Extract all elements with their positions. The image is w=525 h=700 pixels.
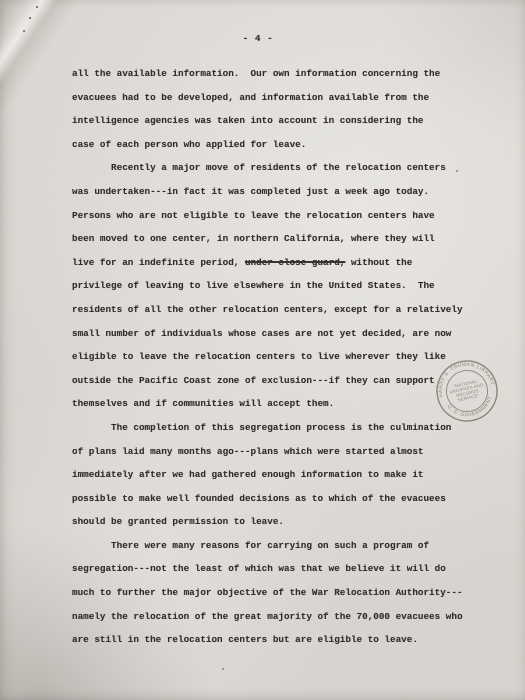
typed-text-segment: are still in the relocation centers but … xyxy=(72,634,418,645)
typed-text-segment: possible to make well founded decisions … xyxy=(72,493,446,504)
typed-line: themselves and if communities will accep… xyxy=(72,392,463,416)
typed-line: segregation---not the least of which was… xyxy=(72,557,463,581)
typed-text-segment: all the available information. Our own i… xyxy=(72,68,440,79)
paper-speck xyxy=(36,6,38,8)
typed-line: case of each person who applied for leav… xyxy=(72,133,463,157)
typed-text-segment: of plans laid many months ago---plans wh… xyxy=(72,446,423,457)
paper-speck xyxy=(29,17,31,19)
page-number: - 4 - xyxy=(0,33,516,44)
typed-text-segment: case of each person who applied for leav… xyxy=(72,139,306,150)
typed-line: of plans laid many months ago---plans wh… xyxy=(72,440,463,464)
paper-speck xyxy=(456,170,458,172)
typed-text-segment: should be granted permission to leave. xyxy=(72,516,284,527)
typed-line: small number of individuals whose cases … xyxy=(72,322,463,346)
typed-line: The completion of this segregation proce… xyxy=(72,416,463,440)
typed-line: eligible to leave the relocation centers… xyxy=(72,345,463,369)
typed-text-segment: much to further the major objective of t… xyxy=(72,587,463,598)
typed-line: are still in the relocation centers but … xyxy=(72,628,463,652)
typed-text-segment: residents of all the other relocation ce… xyxy=(72,304,463,315)
typed-text-segment: was undertaken---in fact it was complete… xyxy=(72,186,429,197)
typed-text-segment: There were many reasons for carrying on … xyxy=(72,540,429,551)
paper-speck xyxy=(222,668,224,670)
typed-text-segment: Recently a major move of residents of th… xyxy=(72,162,446,173)
typed-line: all the available information. Our own i… xyxy=(72,62,463,86)
typed-line: residents of all the other relocation ce… xyxy=(72,298,463,322)
typed-line: outside the Pacific Coast zone of exclus… xyxy=(72,369,463,393)
typed-line: was undertaken---in fact it was complete… xyxy=(72,180,463,204)
typed-line: much to further the major objective of t… xyxy=(72,581,463,605)
struck-out-text: under close guard, xyxy=(245,257,345,268)
typed-line: should be granted permission to leave. xyxy=(72,510,463,534)
paper-speck xyxy=(108,471,110,473)
typed-text-segment: eligible to leave the relocation centers… xyxy=(72,351,446,362)
typed-line: immediately after we had gathered enough… xyxy=(72,463,463,487)
typed-line: Persons who are not eligible to leave th… xyxy=(72,204,463,228)
typed-line: intelligence agencies was taken into acc… xyxy=(72,109,463,133)
typed-text-body: all the available information. Our own i… xyxy=(72,62,463,652)
typed-text-segment: outside the Pacific Coast zone of exclus… xyxy=(72,375,435,386)
typed-line: namely the relocation of the great major… xyxy=(72,605,463,629)
typed-text-segment: immediately after we had gathered enough… xyxy=(72,469,423,480)
typed-text-segment: namely the relocation of the great major… xyxy=(72,611,463,622)
typed-line: been moved to one center, in northern Ca… xyxy=(72,227,463,251)
typed-text-segment: The completion of this segregation proce… xyxy=(72,422,451,433)
typed-text-segment: themselves and if communities will accep… xyxy=(72,398,334,409)
typed-text-segment: without the xyxy=(345,257,412,268)
typed-text-segment: segregation---not the least of which was… xyxy=(72,563,446,574)
typed-text-segment: intelligence agencies was taken into acc… xyxy=(72,115,423,126)
archives-stamp: HARRY S. TRUMAN LIBRARY U. S. GOVERNMENT… xyxy=(432,356,502,426)
typed-text-segment: Persons who are not eligible to leave th… xyxy=(72,210,435,221)
typed-text-segment: live for an indefinite period, xyxy=(72,257,245,268)
document-page: - 4 - all the available information. Our… xyxy=(0,0,525,700)
paper-speck xyxy=(23,30,25,32)
typed-line: evacuees had to be developed, and inform… xyxy=(72,86,463,110)
typed-line: There were many reasons for carrying on … xyxy=(72,534,463,558)
typed-text-segment: evacuees had to be developed, and inform… xyxy=(72,92,429,103)
typed-line: live for an indefinite period, under clo… xyxy=(72,251,463,275)
typed-line: Recently a major move of residents of th… xyxy=(72,156,463,180)
typed-line: privilege of leaving to live elsewhere i… xyxy=(72,274,463,298)
typed-text-segment: small number of individuals whose cases … xyxy=(72,328,451,339)
typed-line: possible to make well founded decisions … xyxy=(72,487,463,511)
typed-text-segment: been moved to one center, in northern Ca… xyxy=(72,233,435,244)
typed-text-segment: privilege of leaving to live elsewhere i… xyxy=(72,280,435,291)
